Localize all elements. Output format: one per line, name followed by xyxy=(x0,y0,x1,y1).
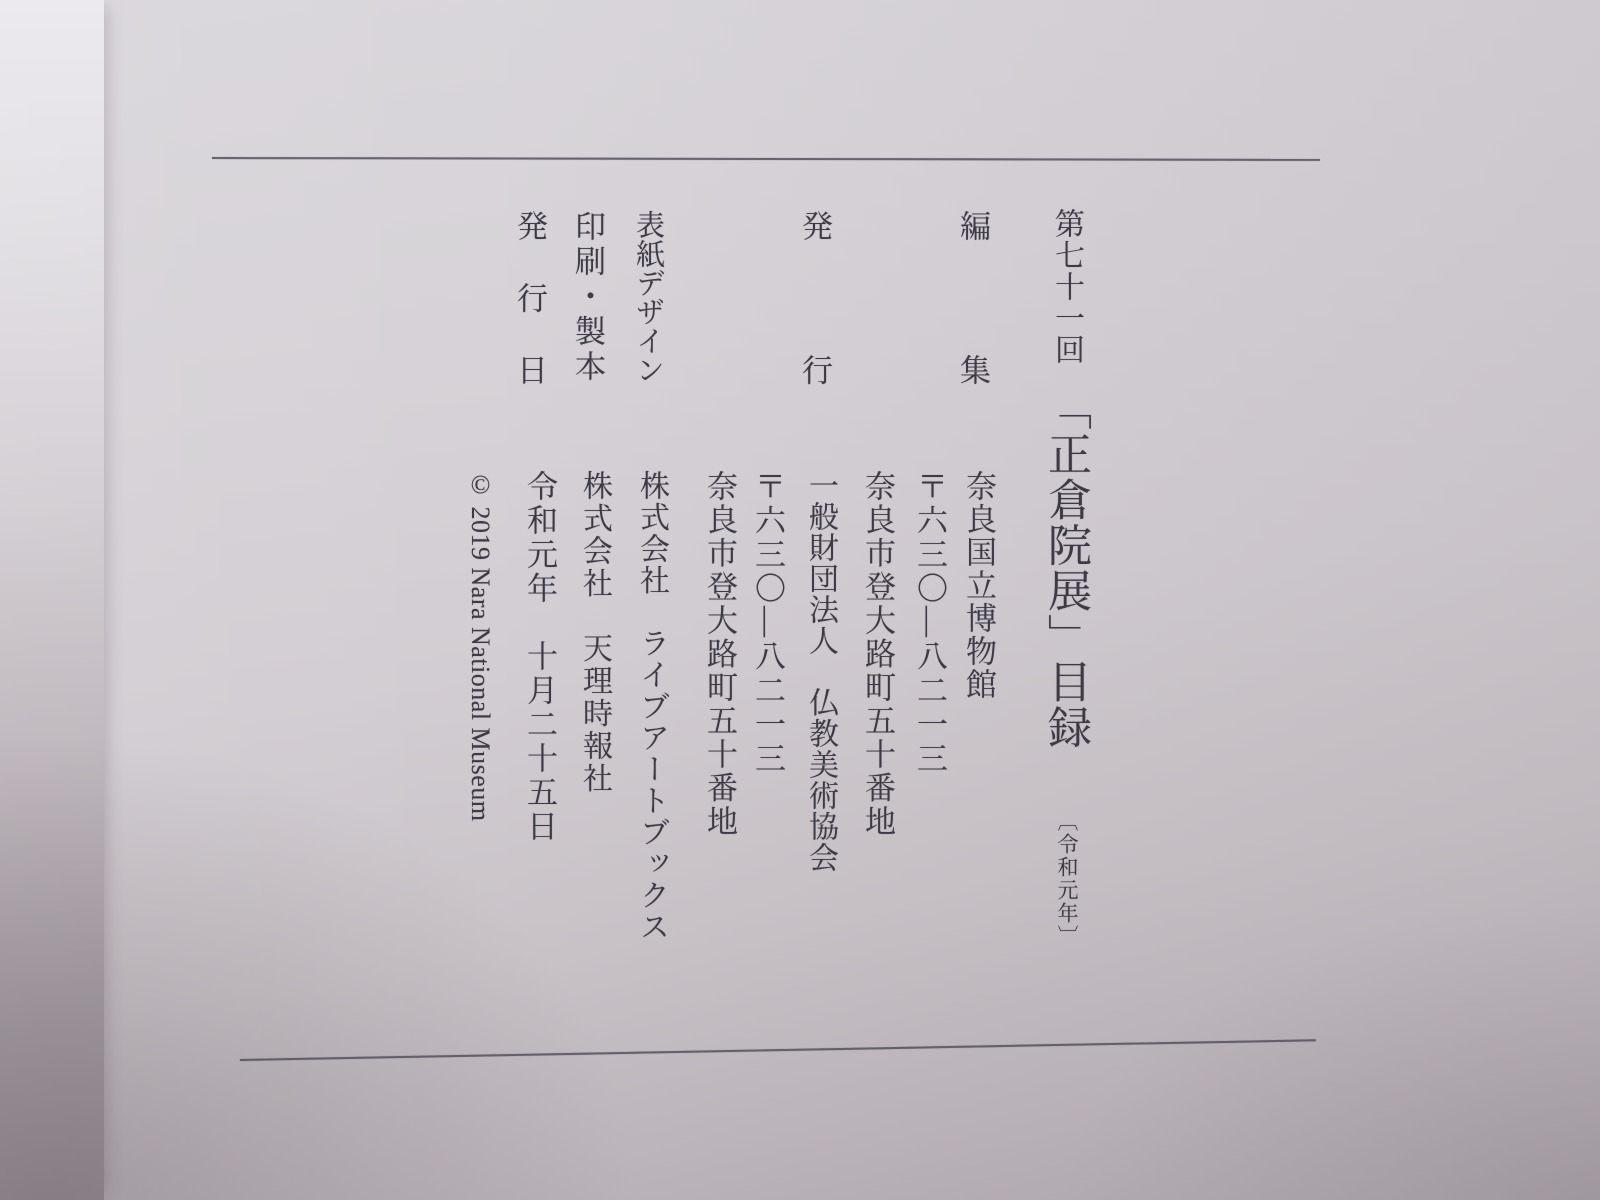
publication-date: 令和元年 十月二十五日 xyxy=(524,470,555,844)
publisher-address: 奈良市登大路町五十番地 xyxy=(704,470,735,839)
label-cover-design: 表紙デザイン xyxy=(633,210,662,384)
series-number: 第七十一回 xyxy=(1051,208,1081,366)
label-publication-date: 発行日 xyxy=(514,210,545,426)
label-printing-binding: 印刷・製本 xyxy=(572,210,603,385)
catalog-title: 「正倉院展」目録 xyxy=(1043,386,1087,750)
publisher-name: 一般財団法人 仏教美術協会 xyxy=(805,470,835,873)
label-publisher: 発行 xyxy=(799,210,830,498)
publisher-postal-code: 〒六三〇―八二一三 xyxy=(752,470,783,776)
printing-company: 株式会社 天理時報社 xyxy=(579,470,609,795)
copyright-line: © 2019 Nara National Museum xyxy=(467,470,493,822)
label-editor: 編集 xyxy=(957,210,988,498)
book-colophon-photo: 第七十一回 「正倉院展」目録 〔令和元年〕 編集 奈良国立博物館 〒六三〇―八二… xyxy=(0,0,1600,1200)
editor-postal-code: 〒六三〇―八二一三 xyxy=(914,470,945,776)
era-note: 〔令和元年〕 xyxy=(1056,810,1077,948)
editor-address: 奈良市登大路町五十番地 xyxy=(862,470,893,839)
cover-design-company: 株式会社 ライブアートブックス xyxy=(636,470,666,943)
colophon-text: 第七十一回 「正倉院展」目録 〔令和元年〕 編集 奈良国立博物館 〒六三〇―八二… xyxy=(0,0,1600,1200)
editor-name: 奈良国立博物館 xyxy=(963,470,994,701)
